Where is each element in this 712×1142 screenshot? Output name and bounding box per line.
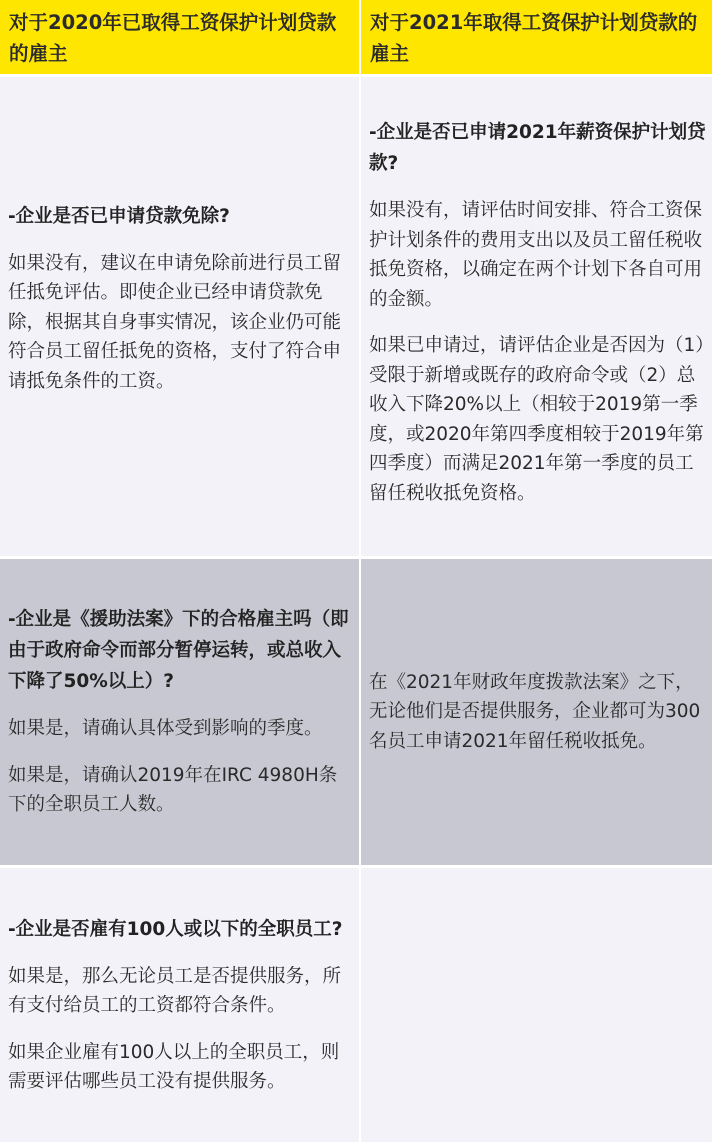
table-row: -企业是否雇有100人或以下的全职员工? 如果是，那么无论员工是否提供服务，所有… bbox=[0, 868, 712, 1142]
cell-empty bbox=[361, 868, 712, 1142]
cell-appropriations-act: 在《2021年财政年度拨款法案》之下，无论他们是否提供服务，企业都可为300名员… bbox=[361, 559, 712, 865]
answer-text: 如果企业雇有100人以上的全职员工，则需要评估哪些员工没有提供服务。 bbox=[8, 1038, 355, 1097]
comparison-table: 对于2020年已取得工资保护计划贷款的雇主 对于2021年取得工资保护计划贷款的… bbox=[0, 0, 712, 1142]
answer-text: 如果是，请确认具体受到影响的季度。 bbox=[8, 714, 355, 744]
answer-text: 如果是，那么无论员工是否提供服务，所有支付给员工的工资都符合条件。 bbox=[8, 962, 355, 1021]
header-cell-2020-ppp: 对于2020年已取得工资保护计划贷款的雇主 bbox=[0, 0, 359, 74]
question-text: -企业是否已申请贷款免除? bbox=[8, 201, 355, 232]
question-text: -企业是否已申请2021年薪资保护计划贷款? bbox=[369, 117, 708, 179]
table-header-row: 对于2020年已取得工资保护计划贷款的雇主 对于2021年取得工资保护计划贷款的… bbox=[0, 0, 712, 74]
header-cell-2021-ppp: 对于2021年取得工资保护计划贷款的雇主 bbox=[361, 0, 712, 74]
answer-text: 如果是，请确认2019年在IRC 4980H条下的全职员工人数。 bbox=[8, 761, 355, 820]
table-row: -企业是《援助法案》下的合格雇主吗（即由于政府命令而部分暂停运转，或总收入下降了… bbox=[0, 559, 712, 865]
answer-text: 如果没有，请评估时间安排、符合工资保护计划条件的费用支出以及员工留任税收抵免资格… bbox=[369, 196, 708, 314]
cell-loan-forgiveness: -企业是否已申请贷款免除? 如果没有，建议在申请免除前进行员工留任抵免评估。即使… bbox=[0, 77, 359, 556]
question-text: -企业是否雇有100人或以下的全职员工? bbox=[8, 914, 355, 945]
question-text: -企业是《援助法案》下的合格雇主吗（即由于政府命令而部分暂停运转，或总收入下降了… bbox=[8, 604, 355, 697]
answer-text: 在《2021年财政年度拨款法案》之下，无论他们是否提供服务，企业都可为300名员… bbox=[369, 668, 708, 757]
cell-employee-count: -企业是否雇有100人或以下的全职员工? 如果是，那么无论员工是否提供服务，所有… bbox=[0, 868, 359, 1142]
table-row: -企业是否已申请贷款免除? 如果没有，建议在申请免除前进行员工留任抵免评估。即使… bbox=[0, 77, 712, 556]
cell-cares-act-eligibility: -企业是《援助法案》下的合格雇主吗（即由于政府命令而部分暂停运转，或总收入下降了… bbox=[0, 559, 359, 865]
cell-2021-ppp-applied: -企业是否已申请2021年薪资保护计划贷款? 如果没有，请评估时间安排、符合工资… bbox=[361, 77, 712, 556]
answer-text: 如果已申请过，请评估企业是否因为（1）受限于新增或既存的政府命令或（2）总收入下… bbox=[369, 331, 708, 508]
answer-text: 如果没有，建议在申请免除前进行员工留任抵免评估。即使企业已经申请贷款免除，根据其… bbox=[8, 249, 355, 397]
